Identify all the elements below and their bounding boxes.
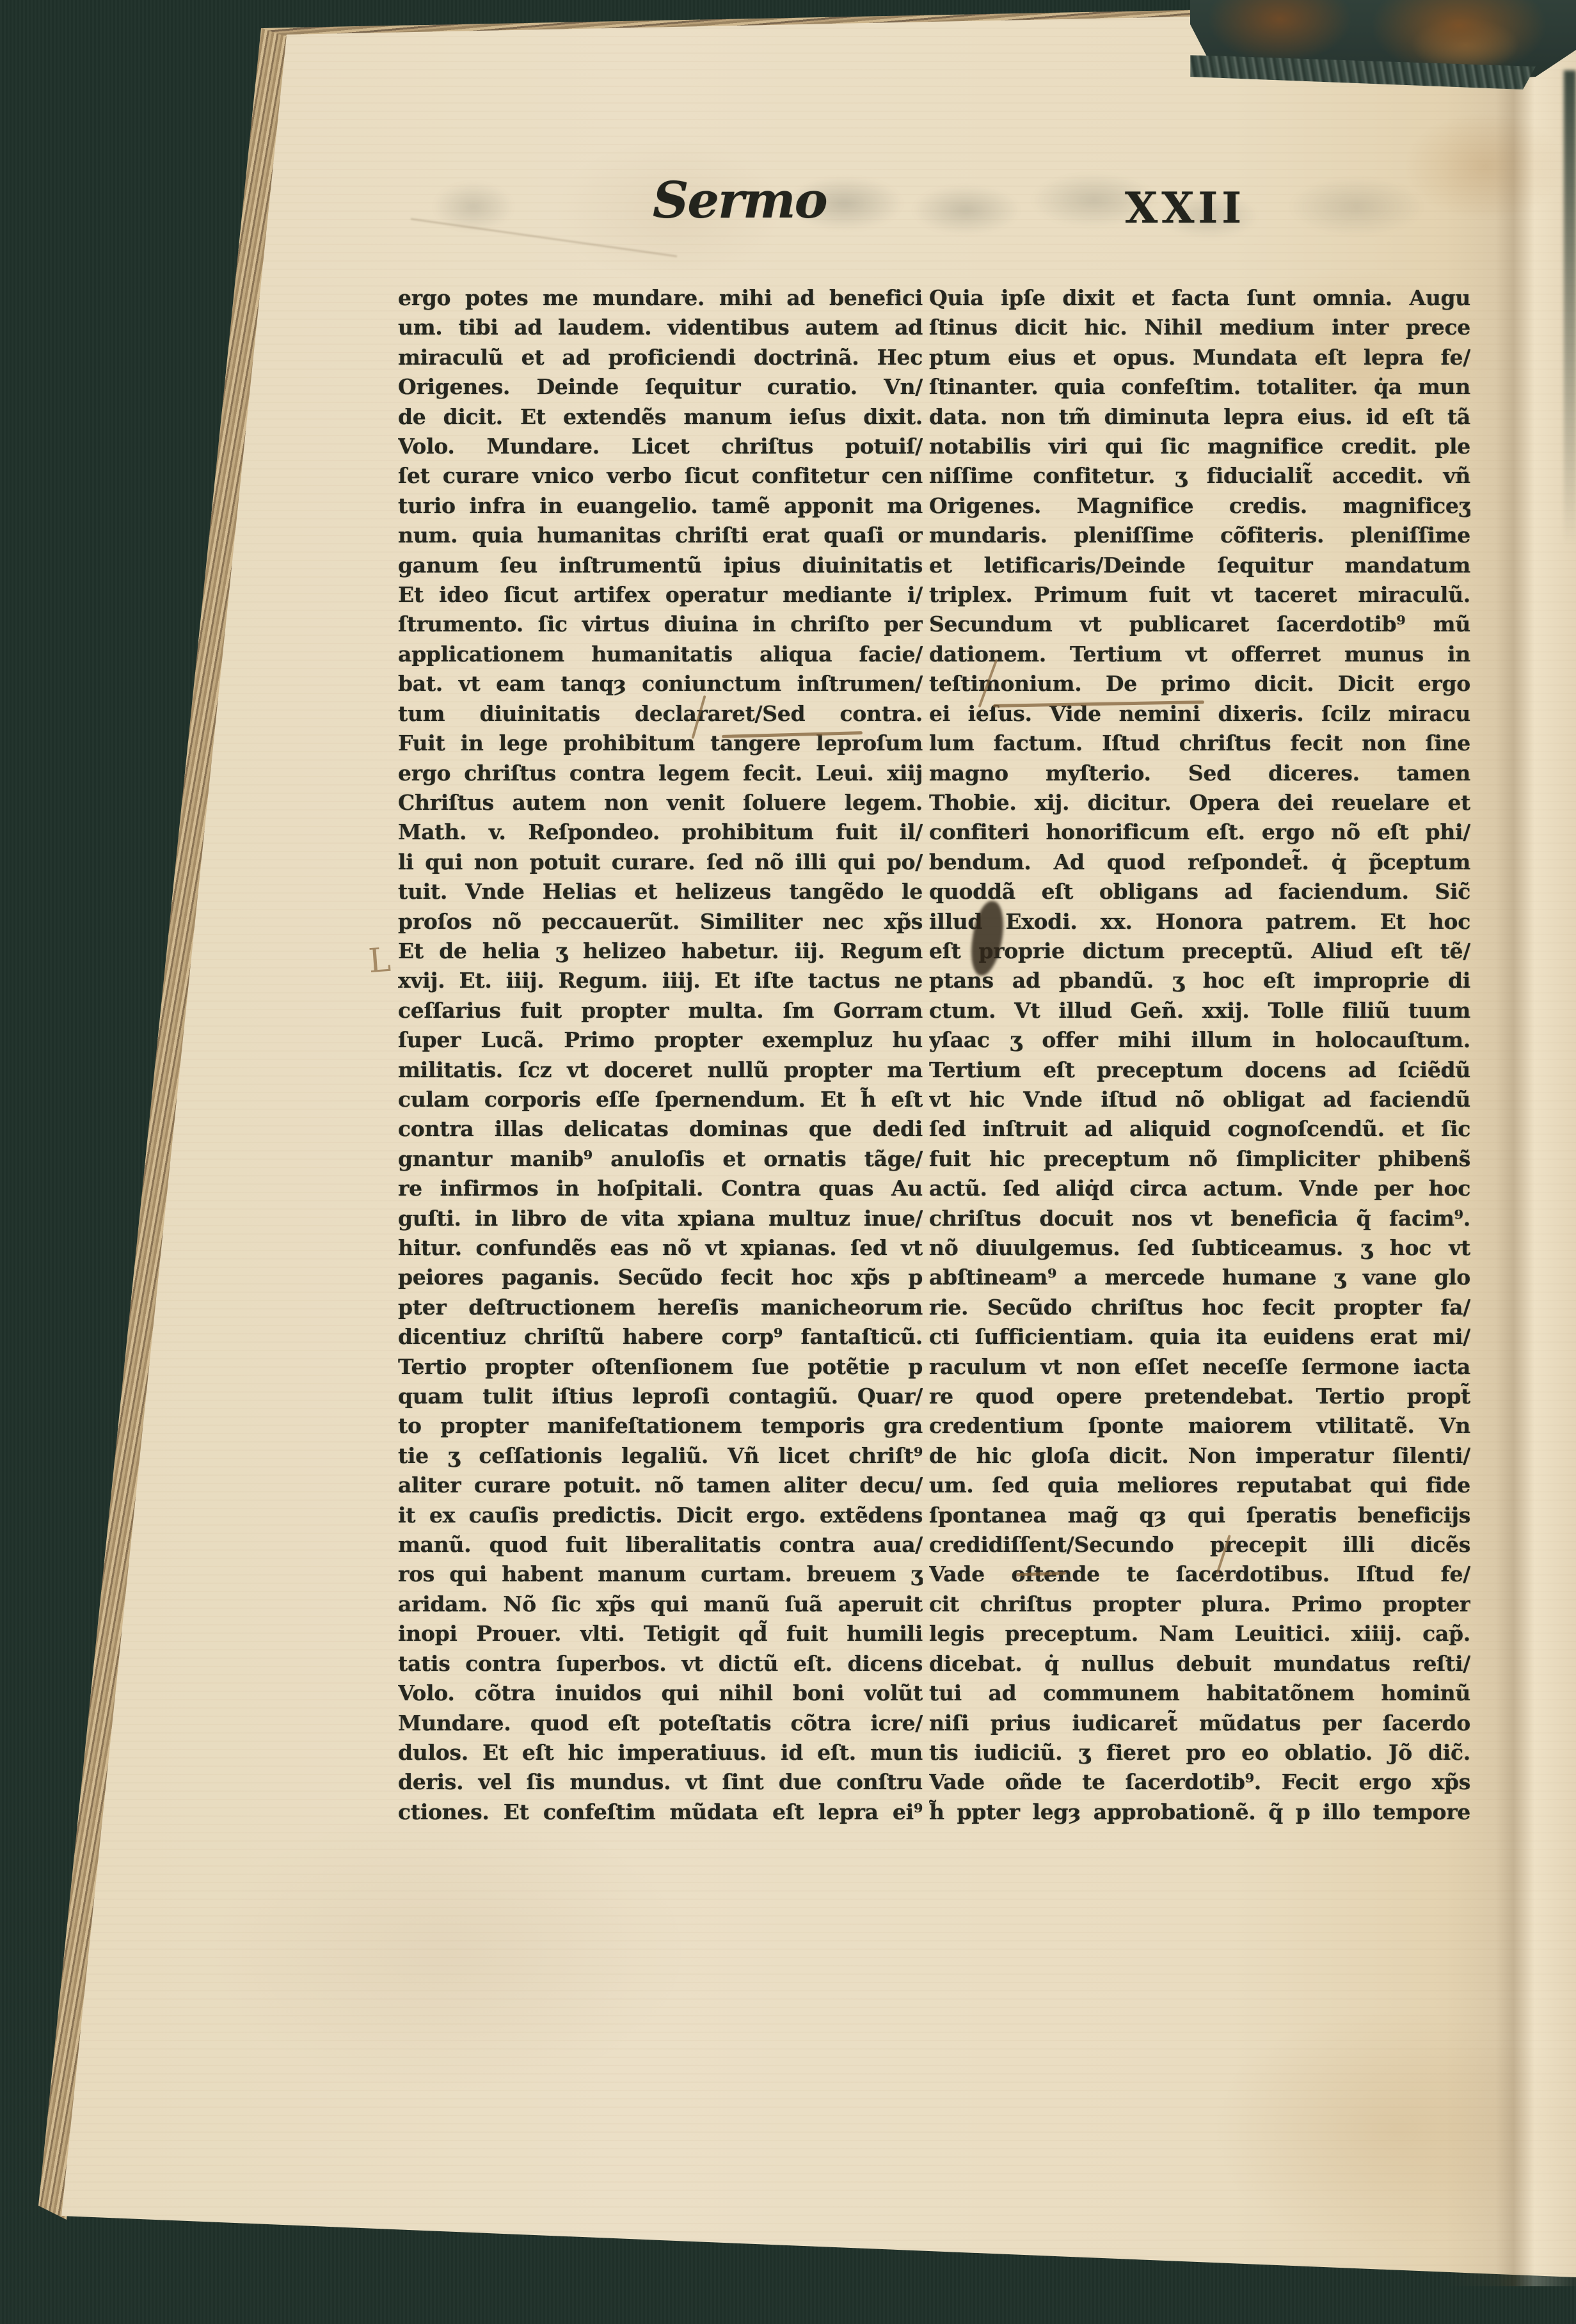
text-line: it ex cauſis predictis. Dicit ergo. extẽ…: [398, 1501, 923, 1530]
text-line: Vade oñde te ſacerdotib⁹. Fecit ergo xp̃…: [929, 1767, 1470, 1797]
text-line: ganum ſeu inſtrumentũ ipius diuinitatis: [398, 551, 923, 580]
text-line: Volo. cõtra inuidos qui nihil boni volũt: [398, 1679, 923, 1708]
text-line: ſuper Lucã. Primo propter exempluz hu: [398, 1025, 923, 1055]
text-line: chriſtus docuit nos vt beneficia q̃ faci…: [929, 1204, 1470, 1233]
folio-number: XXII: [1125, 183, 1266, 233]
text-line: um. ſed quia meliores reputabat qui fide: [929, 1471, 1470, 1500]
text-line: raculum vt non eſſet neceſſe ſermone iac…: [929, 1352, 1470, 1382]
text-line: Origenes. Deinde ſequitur curatio. Vn/: [398, 372, 923, 402]
text-line: ptans ad pbandũ. ʒ hoc eſt improprie di: [929, 966, 1470, 995]
text-line: fuit hic preceptum nõ ſimpliciter phiben…: [929, 1144, 1470, 1174]
text-line: Et de helia ʒ helizeo habetur. iij. Regu…: [398, 937, 923, 966]
text-line: dicebat. q̇ nullus debuit mundatus reſti…: [929, 1649, 1470, 1679]
photo-of-incunabulum-page: { "page": { "header": { "title": "Sermo"…: [0, 0, 1576, 2324]
text-line: confiteri honorificum eſt. ergo nõ eſt p…: [929, 818, 1470, 847]
text-line: proſos nõ peccauerũt. Similiter nec xp̃s: [398, 907, 923, 937]
text-line: aliter curare potuit. nõ tamen aliter de…: [398, 1471, 923, 1500]
text-line: bat. vt eam tanqȝ coniunctum inſtrumen/: [398, 669, 923, 699]
text-line: ſtinanter. quia confeſtim. totaliter. q̇…: [929, 372, 1470, 402]
text-line: teſtimonium. De primo dicit. Dicit ergo: [929, 669, 1470, 699]
text-line: de dicit. Et extendẽs manum ieſus dixit.: [398, 402, 923, 432]
text-line: Vade oſtende te ſacerdotibus. Iſtud fe/: [929, 1560, 1470, 1589]
text-line: abſtineam⁹ a mercede humane ʒ vane glo: [929, 1263, 1470, 1292]
text-line: ctiones. Et confeſtim mũdata eſt lepra e…: [398, 1798, 923, 1827]
text-line: tuit. Vnde Helias et helizeus tangẽdo le: [398, 877, 923, 906]
text-line: actũ. ſed aliq̇d circa actum. Vnde per h…: [929, 1174, 1470, 1203]
text-line: manũ. quod fuit liberalitatis contra aua…: [398, 1530, 923, 1560]
text-line: notabilis viri qui ſic magnifice credit.…: [929, 432, 1470, 461]
text-line: magno myſterio. Sed diceres. tamen: [929, 759, 1470, 788]
text-line: ergo chriſtus contra legem fecit. Leui. …: [398, 759, 923, 788]
text-column-left: ergo potes me mundare. mihi ad beneficiu…: [398, 283, 923, 1827]
ink-bleedthrough: [358, 146, 1484, 267]
text-line: de hic gloſa dicit. Non imperatur ſilent…: [929, 1441, 1470, 1471]
text-line: inopi Prouer. vlti. Tetigit qd̃ fuit hum…: [398, 1619, 923, 1648]
text-line: h̃ ppter legȝ approbationẽ. q̃ p illo te…: [929, 1798, 1470, 1827]
text-line: tui ad communem habitatõnem hominũ: [929, 1679, 1470, 1708]
text-line: ctum. Vt illud Geñ. xxij. Tolle filiũ tu…: [929, 996, 1470, 1025]
text-line: cit chriſtus propter plura. Primo propte…: [929, 1590, 1470, 1619]
text-line: re infirmos in hoſpitali. Contra quas Au: [398, 1174, 923, 1203]
text-line: to propter manifeſtationem temporis gra: [398, 1411, 923, 1441]
text-line: ſtrumento. ſic virtus diuina in chriſto …: [398, 610, 923, 639]
text-line: culam corporis eſſe ſpernendum. Et h̃ eſ…: [398, 1085, 923, 1114]
running-title: Sermo: [653, 171, 864, 230]
text-line: Thobie. xij. dicitur. Opera dei reuelare…: [929, 788, 1470, 818]
text-line: xvij. Et. iiij. Regum. iiij. Et iſte tac…: [398, 966, 923, 995]
text-line: ſet curare vnico verbo ſicut confitetur …: [398, 461, 923, 491]
text-line: illud Exodi. xx. Honora patrem. Et hoc: [929, 907, 1470, 937]
text-line: lum factum. Iſtud chriſtus fecit non ſin…: [929, 729, 1470, 758]
text-line: data. non tm̃ diminuta lepra eius. id eſ…: [929, 402, 1470, 432]
text-line: ſtinus dicit hic. Nihil medium inter pre…: [929, 313, 1470, 342]
text-line: dulos. Et eſt hic imperatiuus. id eſt. m…: [398, 1738, 923, 1767]
text-line: ſed inſtruit ad aliquid cognoſcendũ. et …: [929, 1114, 1470, 1144]
text-line: deris. vel ſis mundus. vt ſint due conſt…: [398, 1767, 923, 1797]
text-line: quoddã eſt obligans ad faciendum. Sic̃: [929, 877, 1470, 906]
text-line: gnantur manib⁹ anuloſis et ornatis tãge/: [398, 1144, 923, 1174]
text-line: rie. Secũdo chriſtus hoc fecit propter f…: [929, 1293, 1470, 1322]
text-line: aridam. Nõ ſic xp̃s qui manũ ſuã aperuit: [398, 1590, 923, 1619]
text-line: legis preceptum. Nam Leuitici. xiiij. ca…: [929, 1619, 1470, 1648]
text-line: dationem. Tertium vt offerret munus in: [929, 640, 1470, 669]
text-line: Origenes. Magnifice credis. magnificeʒ: [929, 491, 1470, 521]
text-line: triplex. Primum fuit vt taceret miraculũ…: [929, 580, 1470, 610]
text-line: Chriſtus autem non venit ſoluere legem.: [398, 788, 923, 818]
text-line: yſaac ʒ offer mihi illum in holocauſtum.: [929, 1025, 1470, 1055]
text-line: ceſſarius fuit propter multa. ſm Gorram: [398, 996, 923, 1025]
text-line: niſſime confitetur. ʒ fiducialit̃ accedi…: [929, 461, 1470, 491]
text-line: Secundum vt publicaret ſacerdotib⁹ mũ: [929, 610, 1470, 639]
text-line: Et ideo ſicut artifex operatur mediante …: [398, 580, 923, 610]
text-line: guſti. in libro de vita xpiana multuz in…: [398, 1204, 923, 1233]
text-column-right: Quia ipſe dixit et facta ſunt omnia. Aug…: [929, 283, 1470, 1827]
text-line: miraculũ et ad proficiendi doctrinã. Hec: [398, 343, 923, 372]
text-line: credentium ſponte maiorem vtilitatẽ. Vn: [929, 1411, 1470, 1441]
text-line: tum diuinitatis declararet/Sed contra.: [398, 699, 923, 729]
text-line: dicentiuz chriſtũ habere corp⁹ fantaſtic…: [398, 1322, 923, 1352]
text-line: Math. v. Reſpondeo. prohibitum fuit il/: [398, 818, 923, 847]
margin-mark: L: [367, 941, 392, 981]
text-line: Tertium eſt preceptum docens ad ſciẽdũ: [929, 1055, 1470, 1085]
text-line: num. quia humanitas chriſti erat quaſi o…: [398, 521, 923, 550]
text-line: cti ſufficientiam. quia ita euidens erat…: [929, 1322, 1470, 1352]
text-line: pter deſtructionem hereſis manicheorum: [398, 1293, 923, 1322]
text-line: li qui non potuit curare. ſed nõ illi qu…: [398, 848, 923, 877]
text-line: um. tibi ad laudem. videntibus autem ad: [398, 313, 923, 342]
text-line: tatis contra ſuperbos. vt dictũ eſt. dic…: [398, 1649, 923, 1679]
text-line: niſi prius iudicaret̃ mũdatus per ſacerd…: [929, 1709, 1470, 1738]
text-line: eſt proprie dictum preceptũ. Aliud eſt t…: [929, 937, 1470, 966]
text-line: turio infra in euangelio. tamẽ apponit m…: [398, 491, 923, 521]
text-line: et letificaris/Deinde ſequitur mandatum: [929, 551, 1470, 580]
text-line: Mundare. quod eſt poteſtatis cõtra icre/: [398, 1709, 923, 1738]
text-line: re quod opere pretendebat. Tertio propt̃: [929, 1382, 1470, 1411]
text-line: nõ diuulgemus. ſed ſubticeamus. ʒ hoc vt: [929, 1233, 1470, 1263]
right-edge-shadow: [1564, 70, 1576, 569]
text-line: militatis. ſcz vt doceret nullũ propter …: [398, 1055, 923, 1085]
text-line: ptum eius et opus. Mundata eſt lepra fe/: [929, 343, 1470, 372]
text-line: bendum. Ad quod reſpondet̃. q̇ p̃ceptum: [929, 848, 1470, 877]
text-line: mundaris. pleniſſime cõfiteris. pleniſſi…: [929, 521, 1470, 550]
text-line: tie ʒ ceſſationis legaliũ. Vñ licet chri…: [398, 1441, 923, 1471]
text-line: quam tulit iſtius leproſi contagiũ. Quar…: [398, 1382, 923, 1411]
text-line: ſpontanea mag̃ qȝ qui ſperatis beneficij…: [929, 1501, 1470, 1530]
text-line: ergo potes me mundare. mihi ad benefici: [398, 283, 923, 313]
text-line: credidiſſent/Secundo precepit illi dicẽs: [929, 1530, 1470, 1560]
text-line: Tertio propter oſtenſionem ſue potẽtie p: [398, 1352, 923, 1382]
text-line: ros qui habent manum curtam. breuem ʒ: [398, 1560, 923, 1589]
text-line: applicationem humanitatis aliqua facie/: [398, 640, 923, 669]
text-line: peiores paganis. Secũdo fecit hoc xp̃s p: [398, 1263, 923, 1292]
text-line: vt hic Vnde iſtud nõ obligat ad faciendũ: [929, 1085, 1470, 1114]
text-line: hitur. confundẽs eas nõ vt xpianas. ſed …: [398, 1233, 923, 1263]
text-line: Volo. Mundare. Licet chriſtus potuiſ/: [398, 432, 923, 461]
text-line: tis iudiciũ. ʒ fieret pro eo oblatio. Jõ…: [929, 1738, 1470, 1767]
text-line: contra illas delicatas dominas que dedi: [398, 1114, 923, 1144]
text-line: Quia ipſe dixit et facta ſunt omnia. Aug…: [929, 283, 1470, 313]
